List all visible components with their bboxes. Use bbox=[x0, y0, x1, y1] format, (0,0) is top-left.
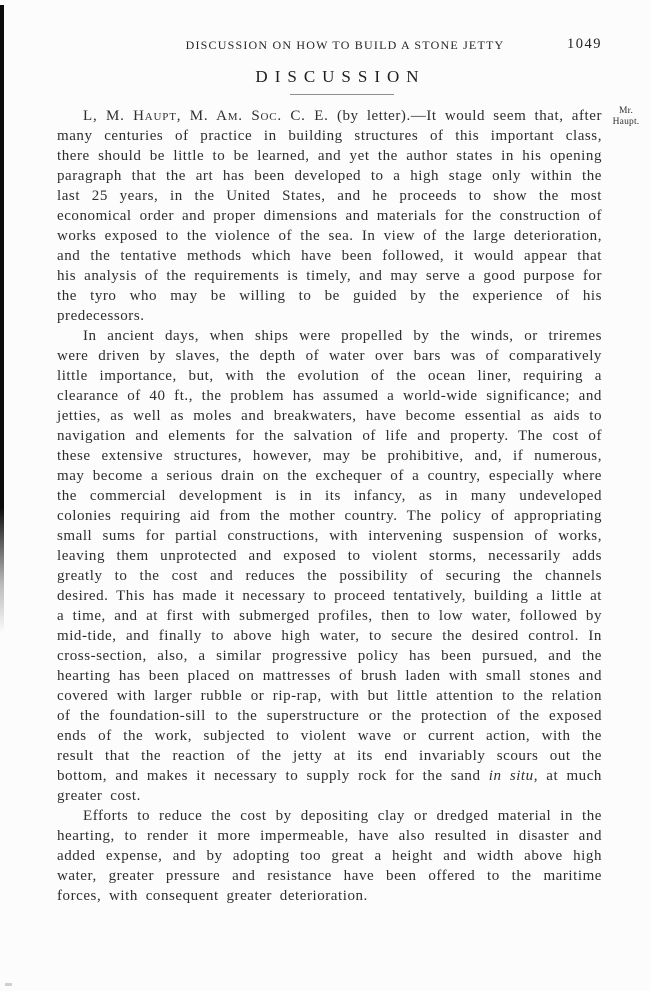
margin-note-line1: Mr. bbox=[602, 106, 650, 117]
paragraph-1: L, M. Haupt, M. Am. Soc. C. E. (by lette… bbox=[57, 106, 602, 326]
paragraph-3: Efforts to reduce the cost by depositing… bbox=[57, 806, 602, 906]
scan-edge-artifact bbox=[0, 5, 4, 633]
margin-note-line2: Haupt. bbox=[602, 117, 650, 128]
section-title: DISCUSSION bbox=[57, 67, 602, 87]
heading-rule-divider bbox=[290, 94, 394, 95]
paragraph-1-text: (by letter).—It would seem that, after m… bbox=[57, 108, 602, 324]
paragraph-2-text-a: In ancient days, when ships were propell… bbox=[57, 328, 602, 784]
page-number: 1049 bbox=[567, 36, 602, 53]
scanned-document-page: DISCUSSION ON HOW TO BUILD A STONE JETTY… bbox=[0, 0, 650, 991]
running-head-title: DISCUSSION ON HOW TO BUILD A STONE JETTY bbox=[88, 38, 602, 53]
body-text: L, M. Haupt, M. Am. Soc. C. E. (by lette… bbox=[57, 106, 602, 906]
running-head: DISCUSSION ON HOW TO BUILD A STONE JETTY… bbox=[57, 36, 602, 54]
paragraph-2: In ancient days, when ships were propell… bbox=[57, 326, 602, 806]
margin-note: Mr. Haupt. bbox=[602, 106, 650, 128]
page-content: DISCUSSION ON HOW TO BUILD A STONE JETTY… bbox=[57, 36, 602, 906]
scan-speck-artifact bbox=[5, 983, 12, 986]
speaker-name: L, M. Haupt, M. Am. Soc. C. E. bbox=[83, 108, 329, 124]
paragraph-2-italic-phrase: in situ, bbox=[489, 768, 538, 784]
